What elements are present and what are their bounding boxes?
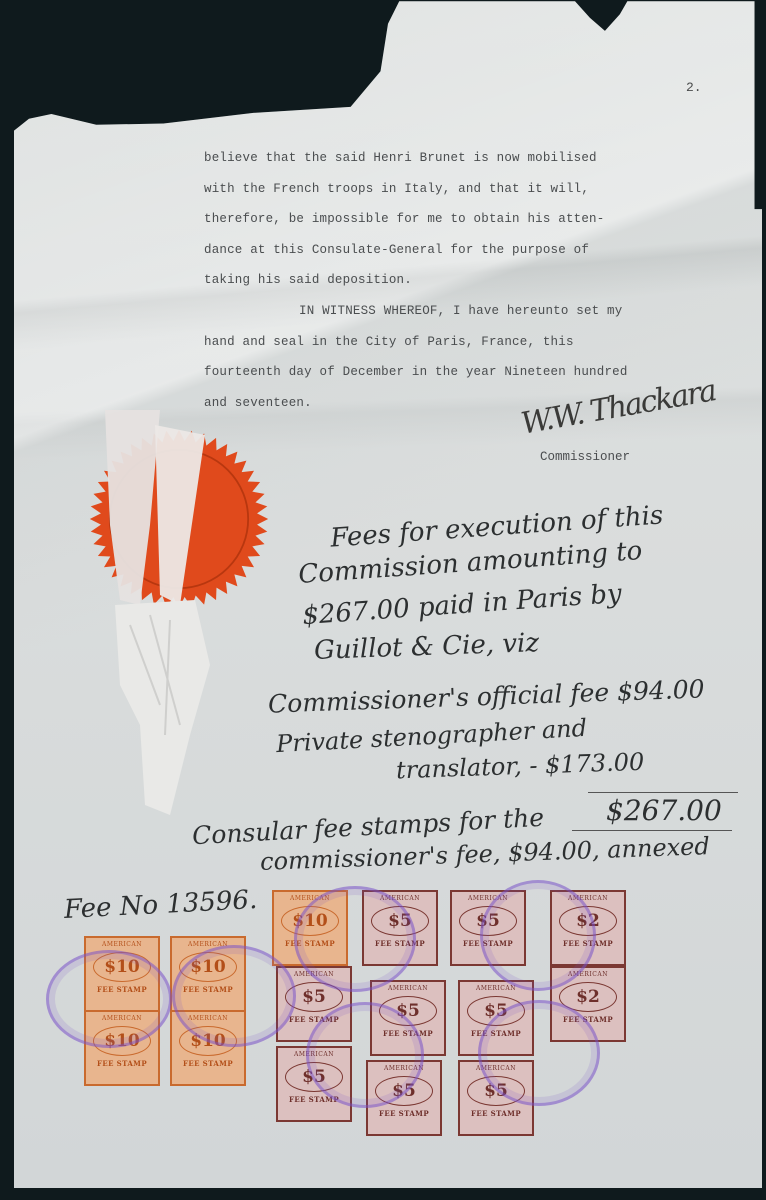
- consulate-cancel-mark: [46, 950, 172, 1048]
- consulate-cancel-mark: [306, 1002, 424, 1108]
- stamp-top-text: AMERICAN: [89, 941, 155, 948]
- total-rule-bottom: [572, 830, 732, 831]
- total-rule-top: [588, 792, 738, 793]
- typed-line: believe that the said Henri Brunet is no…: [204, 143, 744, 174]
- stamp-bottom-text: FEE STAMP: [371, 1109, 437, 1118]
- stamp-bottom-text: FEE STAMP: [463, 1109, 529, 1118]
- ribbon-icon: [100, 405, 210, 815]
- typed-line: with the French troops in Italy, and tha…: [204, 174, 744, 205]
- consulate-cancel-mark: [172, 945, 296, 1047]
- signature-title: Commissioner: [540, 450, 630, 464]
- page-number: 2.: [686, 80, 702, 95]
- typed-line: dance at this Consulate-General for the …: [204, 235, 744, 266]
- consulate-cancel-mark: [294, 886, 416, 992]
- stamp-bottom-text: FEE STAMP: [89, 1059, 155, 1068]
- stamp-bottom-text: FEE STAMP: [175, 1059, 241, 1068]
- typed-body-text: believe that the said Henri Brunet is no…: [204, 143, 744, 418]
- typed-line: taking his said deposition.: [204, 265, 744, 296]
- typed-line: IN WITNESS WHEREOF, I have hereunto set …: [204, 296, 744, 327]
- stamp-top-text: AMERICAN: [375, 985, 441, 992]
- handwritten-total: $267.00: [606, 794, 722, 827]
- typed-line: hand and seal in the City of Paris, Fran…: [204, 327, 744, 358]
- consulate-cancel-mark: [480, 880, 596, 991]
- typed-line: therefore, be impossible for me to obtai…: [204, 204, 744, 235]
- consulate-cancel-mark: [478, 1000, 600, 1106]
